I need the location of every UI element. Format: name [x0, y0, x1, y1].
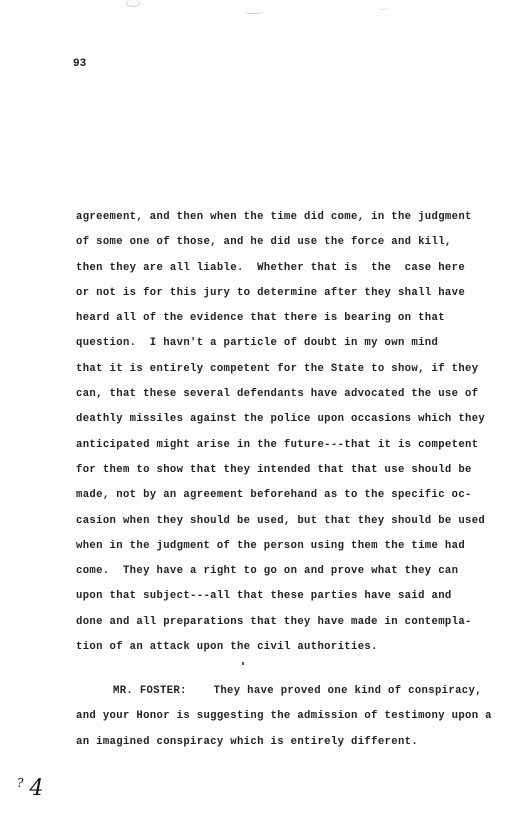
text-line: or not is for this jury to determine aft…	[76, 281, 516, 306]
scan-smudge	[378, 4, 388, 10]
text-line: for them to show that they intended that…	[76, 458, 516, 483]
text-line: come. They have a right to go on and pro…	[76, 559, 516, 584]
text-line: when in the judgment of the person using…	[76, 534, 516, 559]
text-line: can, that these several defendants have …	[76, 382, 516, 407]
text-line: They have proved one kind of conspiracy,	[214, 685, 482, 697]
text-line: of some one of those, and he did use the…	[76, 230, 516, 255]
scan-smudge	[245, 10, 263, 14]
dialogue-paragraph: MR. FOSTER: They have proved one kind of…	[76, 679, 516, 755]
text-line: an imagined conspiracy which is entirely…	[76, 730, 516, 755]
text-line: agreement, and then when the time did co…	[76, 205, 516, 230]
text-line: upon that subject---all that these parti…	[76, 584, 516, 609]
scan-speck	[242, 662, 244, 665]
text-line: anticipated might arise in the future---…	[76, 433, 516, 458]
text-line: deathly missiles against the police upon…	[76, 407, 516, 432]
speaker-label: MR. FOSTER:	[113, 685, 187, 697]
handwritten-number: 4	[29, 776, 45, 801]
text-line: heard all of the evidence that there is …	[76, 306, 516, 331]
dialogue-first-line: MR. FOSTER: They have proved one kind of…	[76, 679, 516, 704]
text-line: casion when they should be used, but tha…	[76, 509, 516, 534]
text-line: then they are all liable. Whether that i…	[76, 256, 516, 281]
handwritten-annotation: ?4	[17, 776, 45, 801]
text-line: that it is entirely competent for the St…	[76, 357, 516, 382]
handwritten-mark: ?	[17, 776, 25, 790]
text-line: and your Honor is suggesting the admissi…	[76, 704, 516, 729]
document-page: 93 agreement, and then when the time did…	[0, 0, 522, 840]
text-line: question. I havn't a particle of doubt i…	[76, 331, 516, 356]
speaker-gap	[187, 685, 214, 697]
text-line: made, not by an agreement beforehand as …	[76, 483, 516, 508]
body-paragraph: agreement, and then when the time did co…	[76, 205, 516, 660]
text-line: done and all preparations that they have…	[76, 610, 516, 635]
scan-smudge	[126, 0, 140, 7]
page-number: 93	[73, 58, 86, 70]
text-line: tion of an attack upon the civil authori…	[76, 635, 516, 660]
